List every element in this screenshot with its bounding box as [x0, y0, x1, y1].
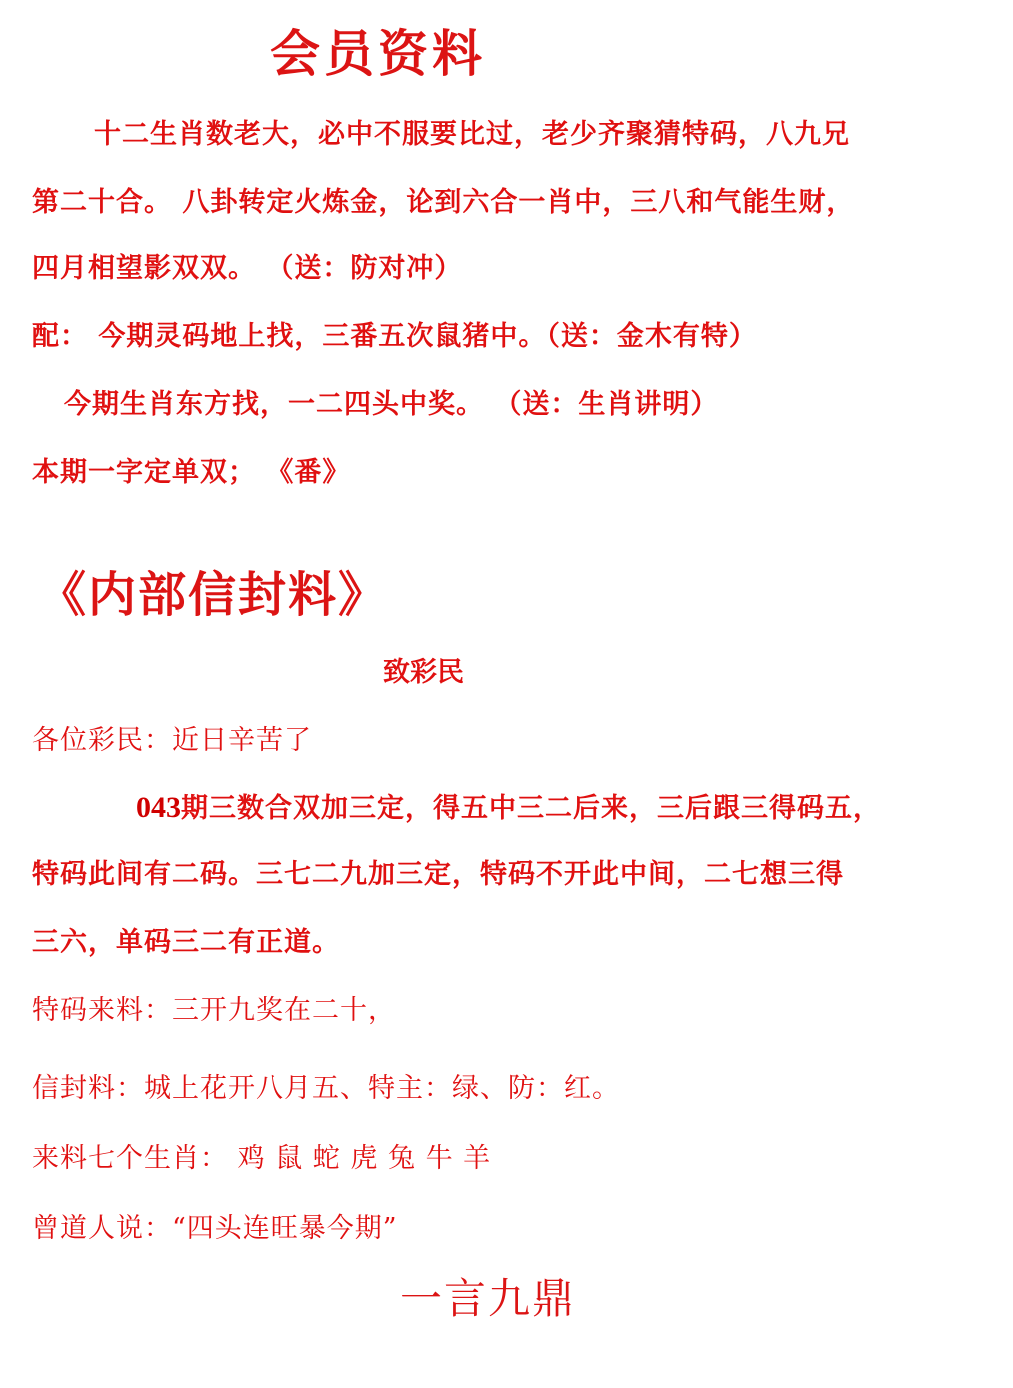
poem-line-2: 第二十合。 八卦转定火炼金，论到六合一肖中，三八和气能生财， — [32, 180, 854, 219]
salutation-heading: 致彩民 — [383, 650, 464, 689]
poem-line-5: 今期生肖东方找，一二四头中奖。 （送：生肖讲明） — [64, 382, 718, 421]
zodiac-item: 蛇 — [313, 1143, 341, 1174]
zodiac-item: 羊 — [463, 1143, 491, 1174]
poem-line-3: 四月相望影双双。 （送：防对冲） — [32, 246, 462, 285]
section-title-envelope: 《内部信封料》 — [38, 556, 388, 625]
section-title-member-info: 会员资料 — [270, 14, 486, 86]
quote-line: 曾道人说：“四头连旺暴今期” — [32, 1206, 398, 1245]
envelope-material-line: 信封料：城上花开八月五、特主：绿、防：红。 — [32, 1066, 620, 1105]
zodiac-item: 兔 — [388, 1143, 416, 1174]
poem-line-1: 十二生肖数老大，必中不服要比过，老少齐聚猜特码，八九兄 — [94, 112, 850, 151]
seven-zodiacs-line: 来料七个生肖： 鸡 鼠 蛇 虎 兔 牛 羊 — [32, 1136, 491, 1175]
paragraph-line-3: 三六，单码三二有正道。 — [32, 920, 340, 959]
paragraph-line-1-text: 期三数合双加三定，得五中三二后来，三后跟三得码五， — [181, 793, 881, 824]
greeting-line: 各位彩民：近日辛苦了 — [32, 718, 312, 757]
zodiac-item: 虎 — [350, 1143, 378, 1174]
zodiac-item: 鸡 — [238, 1143, 266, 1174]
zodiac-item: 牛 — [426, 1143, 454, 1174]
poem-line-6: 本期一字定单双； 《番》 — [32, 450, 350, 489]
special-code-line: 特码来料：三开九奖在二十， — [32, 988, 396, 1027]
paragraph-line-2: 特码此间有二码。三七二九加三定，特码不开此中间，二七想三得 — [32, 852, 844, 891]
poem-line-4: 配： 今期灵码地上找，三番五次鼠猪中。（送：金木有特） — [32, 314, 757, 353]
paragraph-line-1: 043期三数合双加三定，得五中三二后来，三后跟三得码五， — [136, 786, 881, 825]
issue-number: 043 — [136, 791, 181, 824]
footer-slogan: 一言九鼎 — [400, 1266, 576, 1326]
zodiac-item: 鼠 — [275, 1143, 303, 1174]
seven-zodiacs-label: 来料七个生肖： — [32, 1143, 228, 1174]
